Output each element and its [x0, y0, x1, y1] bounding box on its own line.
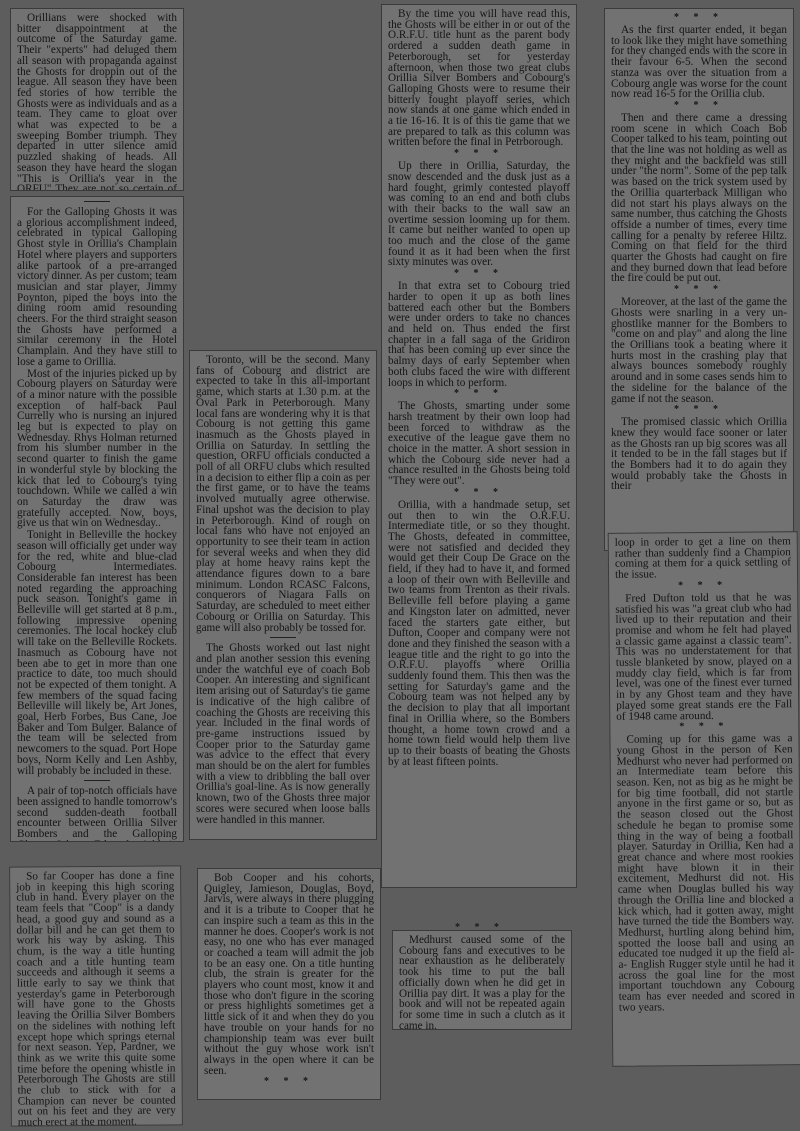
section-separator-stars: * * *	[616, 721, 792, 733]
section-separator-stars: * * *	[611, 405, 787, 415]
section-separator-stars: * * *	[615, 580, 791, 592]
paragraph: By the time you will have read this, the…	[388, 9, 570, 148]
divider-rule	[84, 201, 110, 202]
paragraph: Bob Cooper and his cohorts, Quigley, Jam…	[204, 873, 374, 1076]
clipping-fred-dufton-medhurst: loop in order to get a line on them rath…	[608, 531, 800, 1067]
clipping-ghosts-title-hunt: By the time you will have read this, the…	[381, 4, 577, 888]
paragraph: Fred Dufton told us that he was satisfie…	[615, 592, 792, 722]
paragraph: The promised classic which Orillia knew …	[611, 417, 787, 492]
section-separator-stars: * * *	[611, 13, 787, 23]
divider-rule	[84, 780, 110, 781]
paragraph: Tonight in Belleville the hockey season …	[17, 530, 177, 776]
section-separator-stars: * * *	[611, 101, 787, 111]
paragraph: Most of the injuries picked up by Cobour…	[17, 369, 177, 530]
section-separator-stars: * * *	[204, 1077, 374, 1087]
clipping-medhurst-exhaustion: Medhurst caused some of the Cobourg fans…	[392, 930, 572, 1030]
paragraph: Up there in Orillia, Saturday, the snow …	[388, 161, 570, 268]
paragraph: For the Galloping Ghosts it was a glorio…	[17, 207, 177, 368]
paragraph: In that extra set to Cobourg tried harde…	[388, 281, 570, 388]
clipping-cooper-fine-job: So far Cooper has done a fine job in kee…	[9, 865, 183, 1126]
paragraph: Coming up for this game was a young Ghos…	[616, 733, 794, 1013]
section-separator-stars: * * *	[388, 389, 570, 399]
paragraph: A pair of top-notch officials have been …	[17, 786, 177, 842]
section-separator-stars: * * *	[388, 149, 570, 159]
paragraph: Orillians were shocked with bitter disap…	[17, 13, 177, 191]
clipping-bob-cooper-cohorts: Bob Cooper and his cohorts, Quigley, Jam…	[197, 868, 381, 1100]
divider-rule	[270, 637, 296, 638]
section-separator-stars: * * *	[388, 269, 570, 279]
paragraph: Moreover, at the last of the game the Gh…	[611, 297, 787, 404]
paragraph: Then and there came a dressing room scen…	[611, 113, 787, 284]
paragraph: The Ghosts worked out last night and pla…	[196, 643, 370, 825]
paragraph: Orillia, with a handmade setup, set out …	[388, 500, 570, 768]
paragraph: As the first quarter ended, it began to …	[611, 25, 787, 100]
paragraph: Medhurst caused some of the Cobourg fans…	[399, 935, 565, 1030]
paragraph: Toronto, will be the second. Many fans o…	[196, 355, 370, 633]
section-separator-stars: * * *	[611, 285, 787, 295]
clipping-toronto-second-official: Toronto, will be the second. Many fans o…	[189, 350, 377, 840]
paragraph: loop in order to get a line on them rath…	[615, 536, 791, 580]
paragraph: So far Cooper has done a fine job in kee…	[16, 870, 176, 1126]
clipping-first-quarter: * * * As the first quarter ended, it beg…	[604, 8, 794, 551]
section-separator-stars: * * *	[388, 488, 570, 498]
clipping-galloping-ghosts-celebration: For the Galloping Ghosts it was a glorio…	[10, 196, 184, 842]
clipping-orillians-shocked: Orillians were shocked with bitter disap…	[10, 8, 184, 191]
paragraph: The Ghosts, smarting under some harsh tr…	[388, 401, 570, 487]
